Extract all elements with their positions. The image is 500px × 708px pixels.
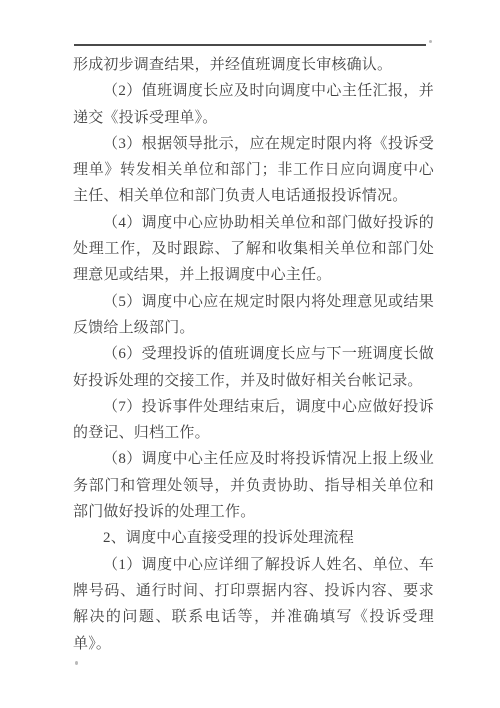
- doc-paragraph-item-5: （5）调度中心应在规定时限内将处理意见或结果反馈给上级部门。: [73, 289, 434, 342]
- doc-section-heading-2: 2、调度中心直接受理的投诉处理流程: [73, 525, 434, 551]
- doc-paragraph-item-1-sec2: （1）调度中心应详细了解投诉人姓名、单位、车牌号码、通行时间、打印票据内容、投诉…: [73, 552, 434, 657]
- header-rule: [74, 44, 426, 46]
- doc-paragraph-item-4: （4）调度中心应协助相关单位和部门做好投诉的处理工作，及时跟踪、了解和收集相关单…: [73, 210, 434, 289]
- document-page: 形成初步调查结果，并经值班调度长审核确认。 （2）值班调度长应及时向调度中心主任…: [0, 0, 500, 708]
- doc-paragraph-item-2: （2）值班调度长应及时向调度中心主任汇报，并递交《投诉受理单》。: [73, 78, 434, 131]
- doc-paragraph-item-6: （6）受理投诉的值班调度长应与下一班调度长做好投诉处理的交接工作，并及时做好相关…: [73, 341, 434, 394]
- doc-paragraph-item-7: （7）投诉事件处理结束后，调度中心应做好投诉的登记、归档工作。: [73, 394, 434, 447]
- doc-paragraph-item-8: （8）调度中心主任应及时将投诉情况上报上级业务部门和管理处领导，并负责协助、指导…: [73, 446, 434, 525]
- scan-artifact-top: [429, 40, 432, 43]
- doc-paragraph-item-3: （3）根据领导批示，应在规定时限内将《投诉受理单》转发相关单位和部门；非工作日应…: [73, 131, 434, 210]
- doc-paragraph-continuation: 形成初步调查结果，并经值班调度长审核确认。: [73, 52, 434, 78]
- scan-artifact-bottom: [75, 661, 78, 665]
- document-body: 形成初步调查结果，并经值班调度长审核确认。 （2）值班调度长应及时向调度中心主任…: [73, 52, 434, 657]
